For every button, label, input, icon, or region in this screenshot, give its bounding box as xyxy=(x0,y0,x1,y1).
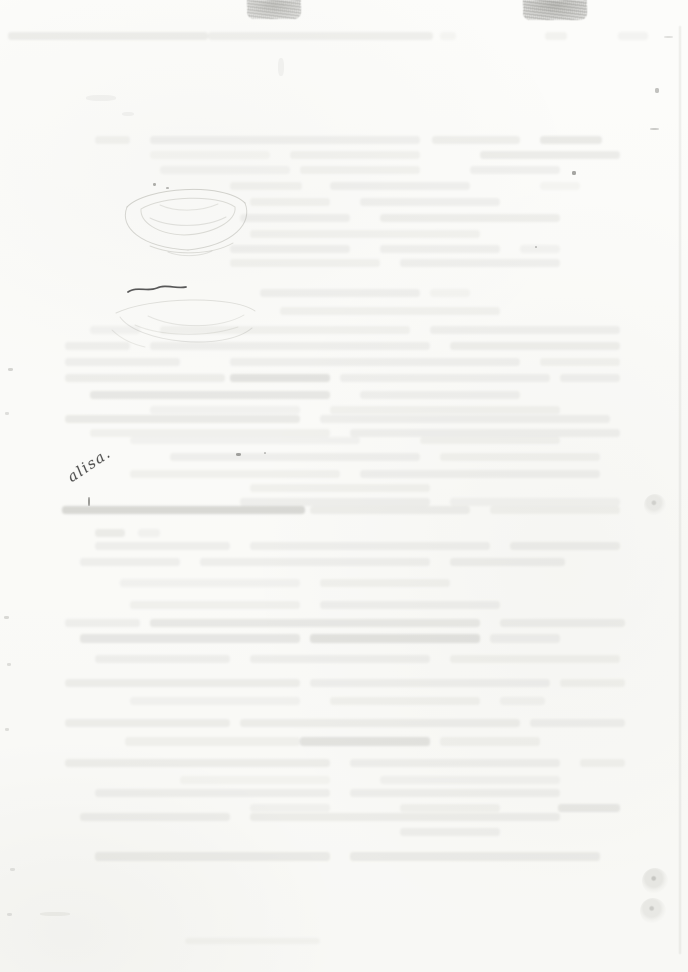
ink-speck xyxy=(7,913,12,916)
ink-speck xyxy=(264,452,266,454)
ink-speck xyxy=(664,36,673,38)
scanned-page: alisa. xyxy=(0,0,688,972)
ink-speck xyxy=(7,663,11,666)
edge-blot xyxy=(640,898,666,924)
ink-speck xyxy=(10,868,15,871)
ink-speck xyxy=(650,128,659,130)
ink-speck xyxy=(5,412,9,415)
ink-speck xyxy=(153,183,156,186)
ink-speck xyxy=(40,912,70,916)
ink-speck xyxy=(8,368,13,371)
ink-speck xyxy=(278,58,284,76)
edge-blot xyxy=(644,494,666,516)
top-edge-smudge xyxy=(523,0,587,20)
ink-speck xyxy=(236,453,241,456)
ink-speck xyxy=(5,728,9,731)
ink-speck xyxy=(86,95,116,101)
artifact-layer xyxy=(0,0,688,972)
ink-speck xyxy=(166,187,169,189)
page-edge-shadow xyxy=(679,26,681,954)
ink-speck xyxy=(88,497,90,506)
ink-speck xyxy=(572,171,576,175)
ink-speck xyxy=(655,88,659,93)
ink-speck xyxy=(122,112,134,116)
ink-speck xyxy=(535,246,537,248)
edge-blot xyxy=(642,868,668,894)
top-edge-smudge xyxy=(247,0,301,19)
ink-speck xyxy=(4,616,9,619)
